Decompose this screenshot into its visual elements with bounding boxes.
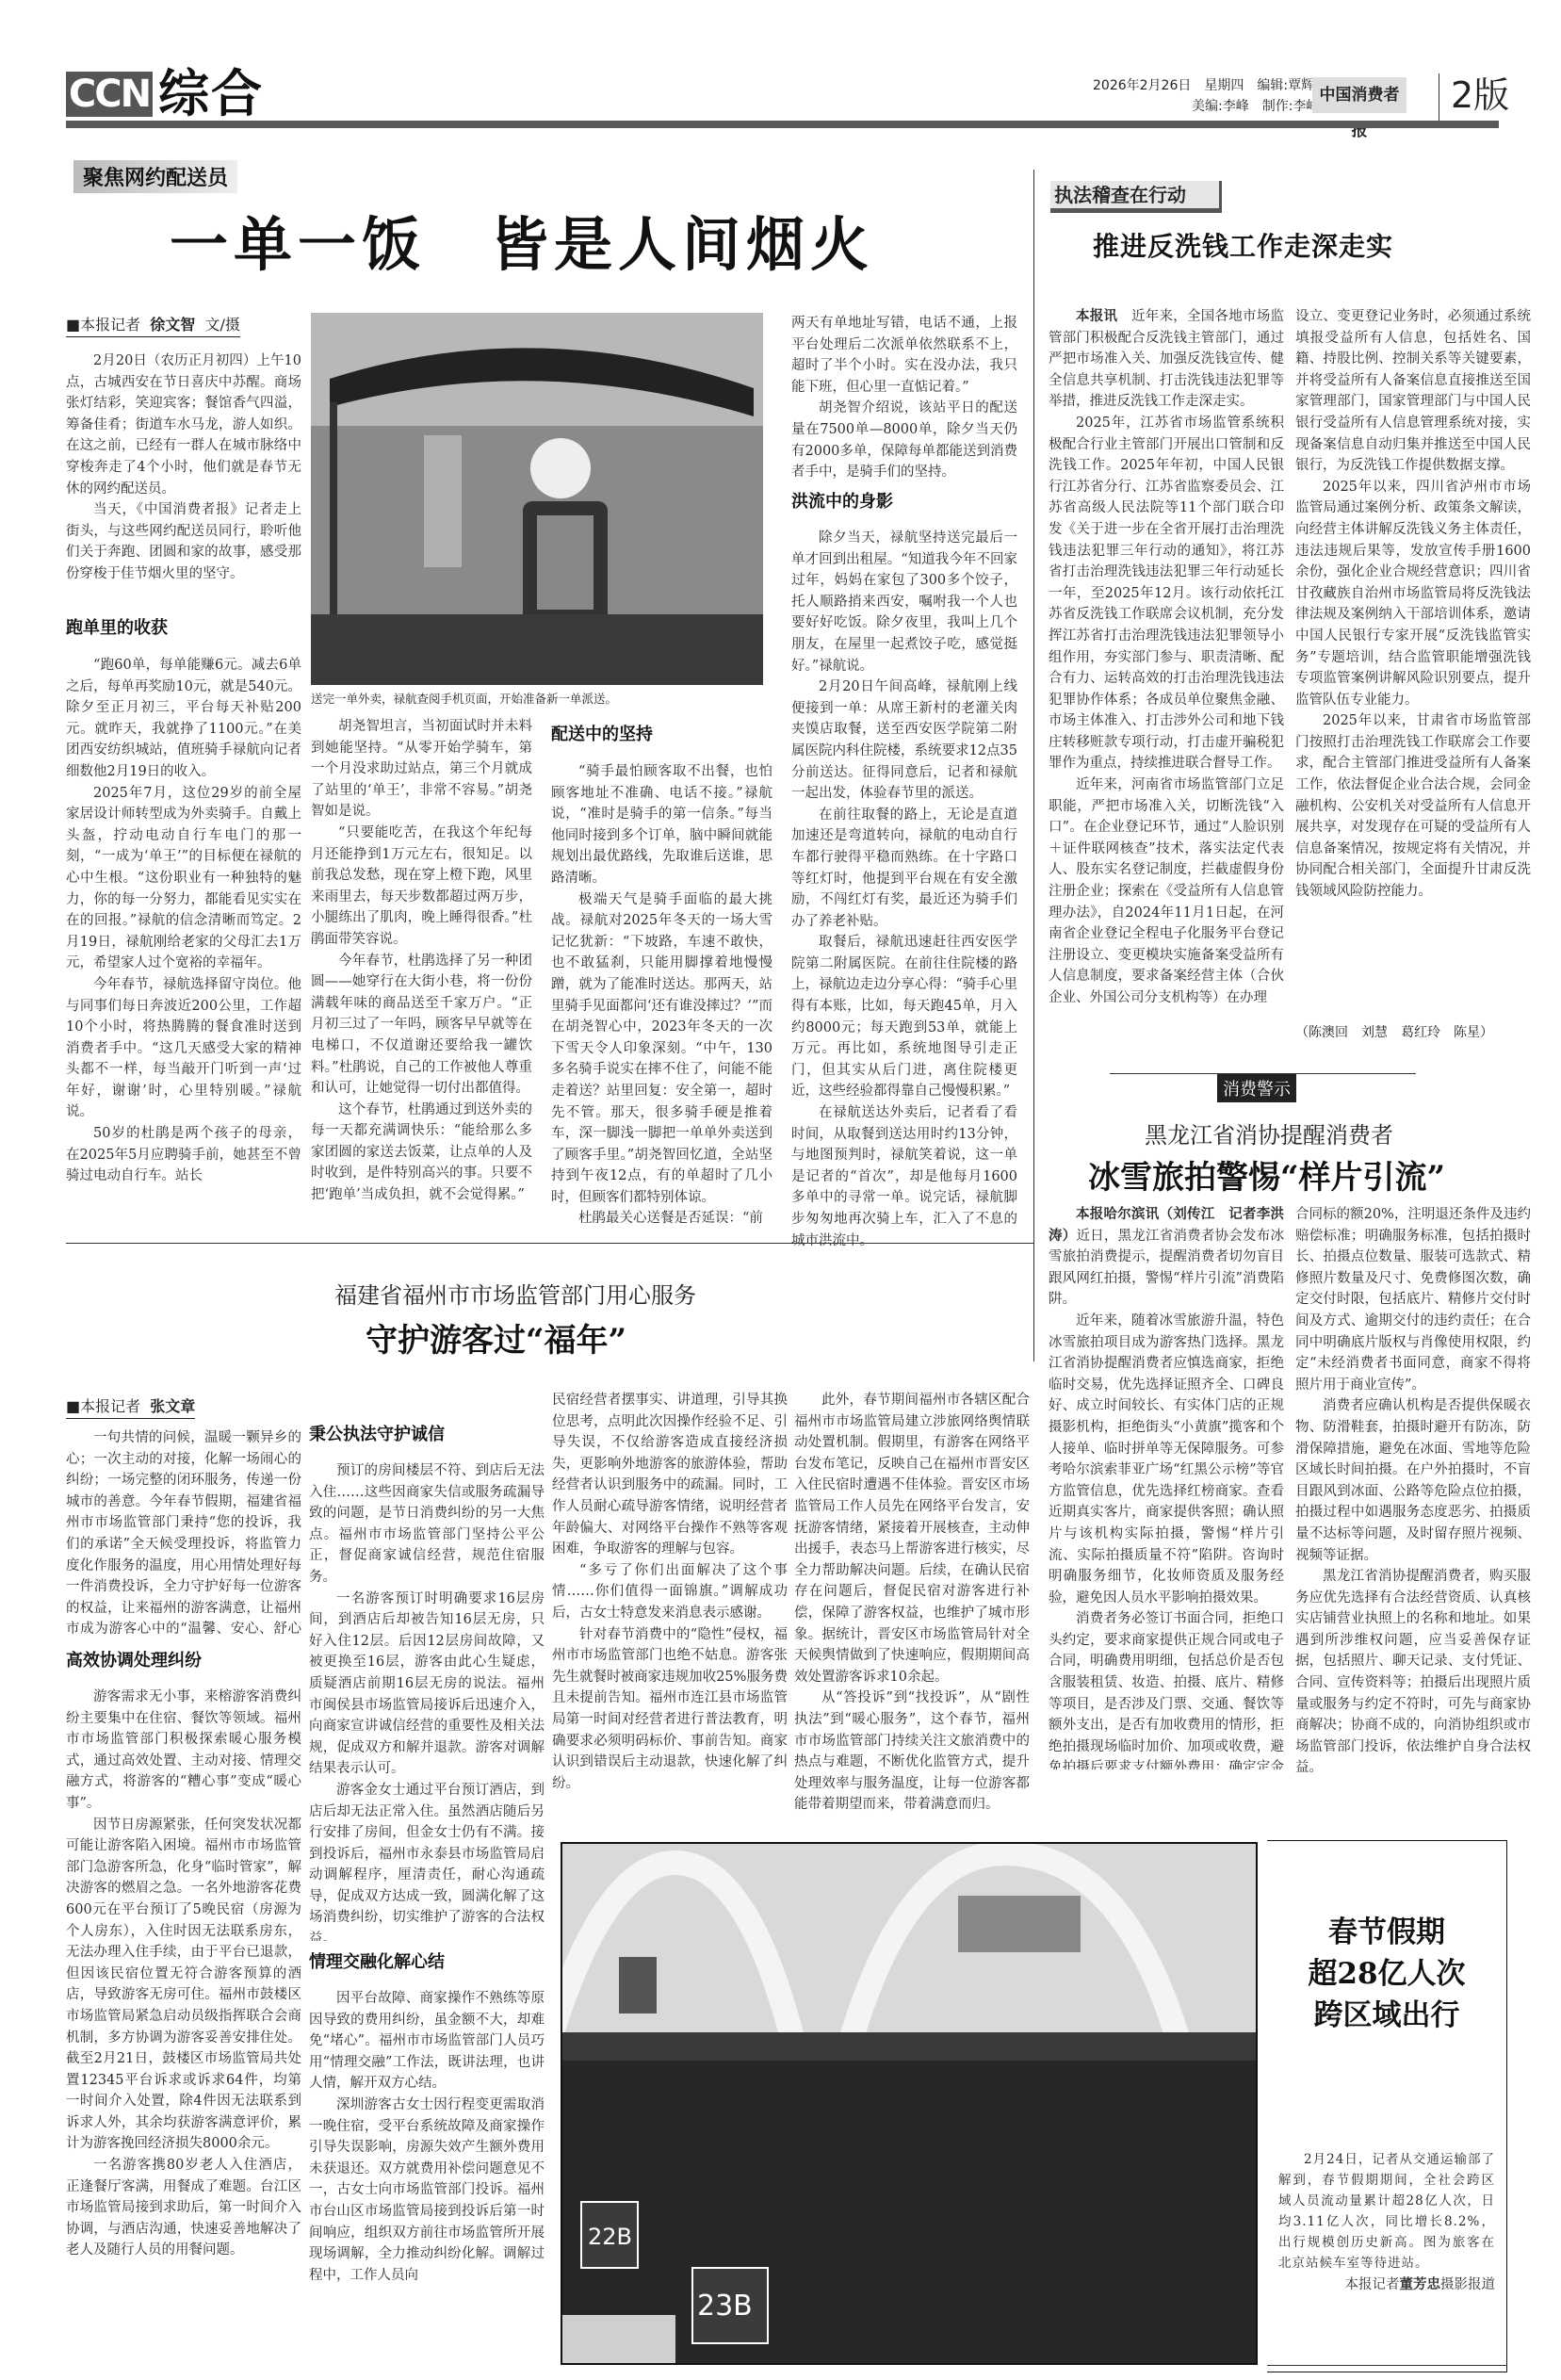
svg-text:23B: 23B xyxy=(697,2290,753,2323)
page-number: 2版 xyxy=(1451,72,1509,119)
article3-col2: 合同标的额20%，注明退还条件及违约赔偿标准；明确服务标准，包括拍摄时长、拍摄点… xyxy=(1295,1204,1531,1817)
article4-col3: 民宿经营者摆事实、讲道理，引导其换位思考，点明此次因操作经验不足、引导失误，不仅… xyxy=(552,1390,788,1834)
article4-section1-body: 游客需求无小事，来榕游客消费纠纷主要集中在住宿、餐饮等领域。福州市市场监管部门积… xyxy=(66,1687,301,2370)
column-divider xyxy=(1033,170,1034,1361)
photo-feature-box: 春节假期 超28亿人次 跨区域出行 2月24日，记者从交通运输部了解到，春节假期… xyxy=(1267,1840,1507,2372)
masthead-rule xyxy=(66,121,1499,128)
article2-col2: 设立、变更登记业务时，必须通过系统填报受益所有人信息，包括姓名、国籍、持股比例、… xyxy=(1295,306,1531,1018)
article4-subhead-2: 秉公执法守护诚信 xyxy=(309,1421,445,1445)
article1-photo-caption: 送完一单外卖，禄航查阅手机页面，开始准备新一单派送。 xyxy=(311,690,617,707)
photo-feature-title: 春节假期 超28亿人次 跨区域出行 xyxy=(1267,1912,1506,2036)
train-station-photo-icon: 22B 23B xyxy=(562,1844,1256,2363)
section-name: 综合 xyxy=(158,60,264,126)
photo-box-bottom-rule xyxy=(1267,2365,1507,2366)
reporter-name: 张文章 xyxy=(150,1397,195,1415)
station-crowd-photo: 22B 23B xyxy=(561,1842,1258,2365)
photo-feature-caption: 2月24日，记者从交通运输部了解到，春节假期期间，全社会跨区域人员流动量累计超2… xyxy=(1278,2149,1495,2274)
photo-credit: 本报记者董芳忠摄影报道 xyxy=(1267,2274,1495,2293)
article1-col4: 除夕当天，禄航坚持送完最后一单才回到出租屋。“知道我今年不回家过年，妈妈在家包了… xyxy=(791,528,1017,1357)
article4-deck: 福建省福州市市场监管部门用心服务 xyxy=(334,1277,696,1310)
article3-tag: 消费警示 xyxy=(1217,1074,1296,1102)
dateline-label: 本报讯 xyxy=(1076,308,1117,324)
article1-col4-top: 两天有单地址写错，电话不通，上报平台处理后二次派单依然联系不上，超时了半个小时。… xyxy=(791,313,1017,482)
masthead-divider xyxy=(1439,73,1439,122)
article2-kicker: 执法稽查在行动 xyxy=(1050,181,1222,213)
article4-section3-body: 因平台故障、商家操作不熟练等原因导致的费用纠纷，虽金额不大，却难免“堵心”。福州… xyxy=(309,1988,545,2370)
article1-subhead-1: 跑单里的收获 xyxy=(66,614,168,639)
article4-col4: 此外，春节期间福州市各辖区配合福州市市场监管局建立涉旅网络舆情联动处置机制。假期… xyxy=(794,1390,1030,1834)
article1-col3: “骑手最怕顾客取不出餐，也怕顾客地址不准确、电话不接。”禄航说，“准时是骑手的第… xyxy=(551,761,772,1357)
article1-kicker: 聚焦网约配送员 xyxy=(73,160,237,193)
article3-headline: 冰雪旅拍警惕“样片引流” xyxy=(1088,1151,1445,1198)
article1-headline: 一单一饭 皆是人间烟火 xyxy=(170,198,874,282)
paper-name: 中国消费者报 xyxy=(1312,77,1407,113)
article4-headline: 守护游客过“福年” xyxy=(366,1314,626,1361)
article2-signoff: （陈澳回 刘慧 葛红玲 陈星） xyxy=(1295,1022,1493,1041)
article2-col1: 本报讯 近年来，全国各地市场监管部门积极配合反洗钱主管部门，通过严把市场准入关、… xyxy=(1049,306,1284,1013)
article1-subhead-2: 配送中的坚持 xyxy=(551,721,653,745)
article1-subhead-3: 洪流中的身影 xyxy=(791,488,893,513)
delivery-rider-photo-icon xyxy=(311,313,763,685)
article1-byline: ■本报记者 徐文智 文/摄 xyxy=(66,313,240,337)
svg-text:22B: 22B xyxy=(588,2224,632,2250)
article1-section1-body: “跑60单，每单能赚6元。减去6单之后，每单再奖励10元，就是540元。除夕至正… xyxy=(66,655,301,1357)
issue-staff: 美编:李峰 制作:李峰 xyxy=(1192,96,1319,115)
article2-headline: 推进反洗钱工作走深走实 xyxy=(1093,226,1393,264)
article1-intro: 2月20日（农历正月初四）上午10点，古城西安在节日喜庆中苏醒。商场张灯结彩，笑… xyxy=(66,350,301,600)
article4-intro: 一句共情的问候，温暖一颗异乡的心；一次主动的对接，化解一场闹心的纠纷；一场完整的… xyxy=(66,1427,301,1639)
section-divider xyxy=(66,1243,1033,1244)
article3-col1: 本报哈尔滨讯（刘传江 记者李洪涛）近日，黑龙江省消费者协会发布冰雪旅拍消费提示，… xyxy=(1049,1204,1284,1769)
article1-col2: 胡尧智坦言，当初面试时并未料到她能坚持。“从零开始学骑车，第一个月没求助过站点，… xyxy=(311,716,532,1357)
article1-photo xyxy=(311,313,763,685)
article4-byline: ■本报记者 张文章 xyxy=(66,1394,195,1419)
section-logo: CCN xyxy=(66,72,153,117)
article4-subhead-1: 高效协调处理纠纷 xyxy=(66,1647,202,1671)
article3-deck: 黑龙江省消协提醒消费者 xyxy=(1145,1117,1393,1149)
reporter-name: 徐文智 xyxy=(150,316,195,334)
article4-subhead-3: 情理交融化解心结 xyxy=(309,1948,445,1973)
article4-section2-body: 预订的房间楼层不符、到店后无法入住……这些因商家失信或服务疏漏导致的问题，是节日… xyxy=(309,1460,545,1941)
